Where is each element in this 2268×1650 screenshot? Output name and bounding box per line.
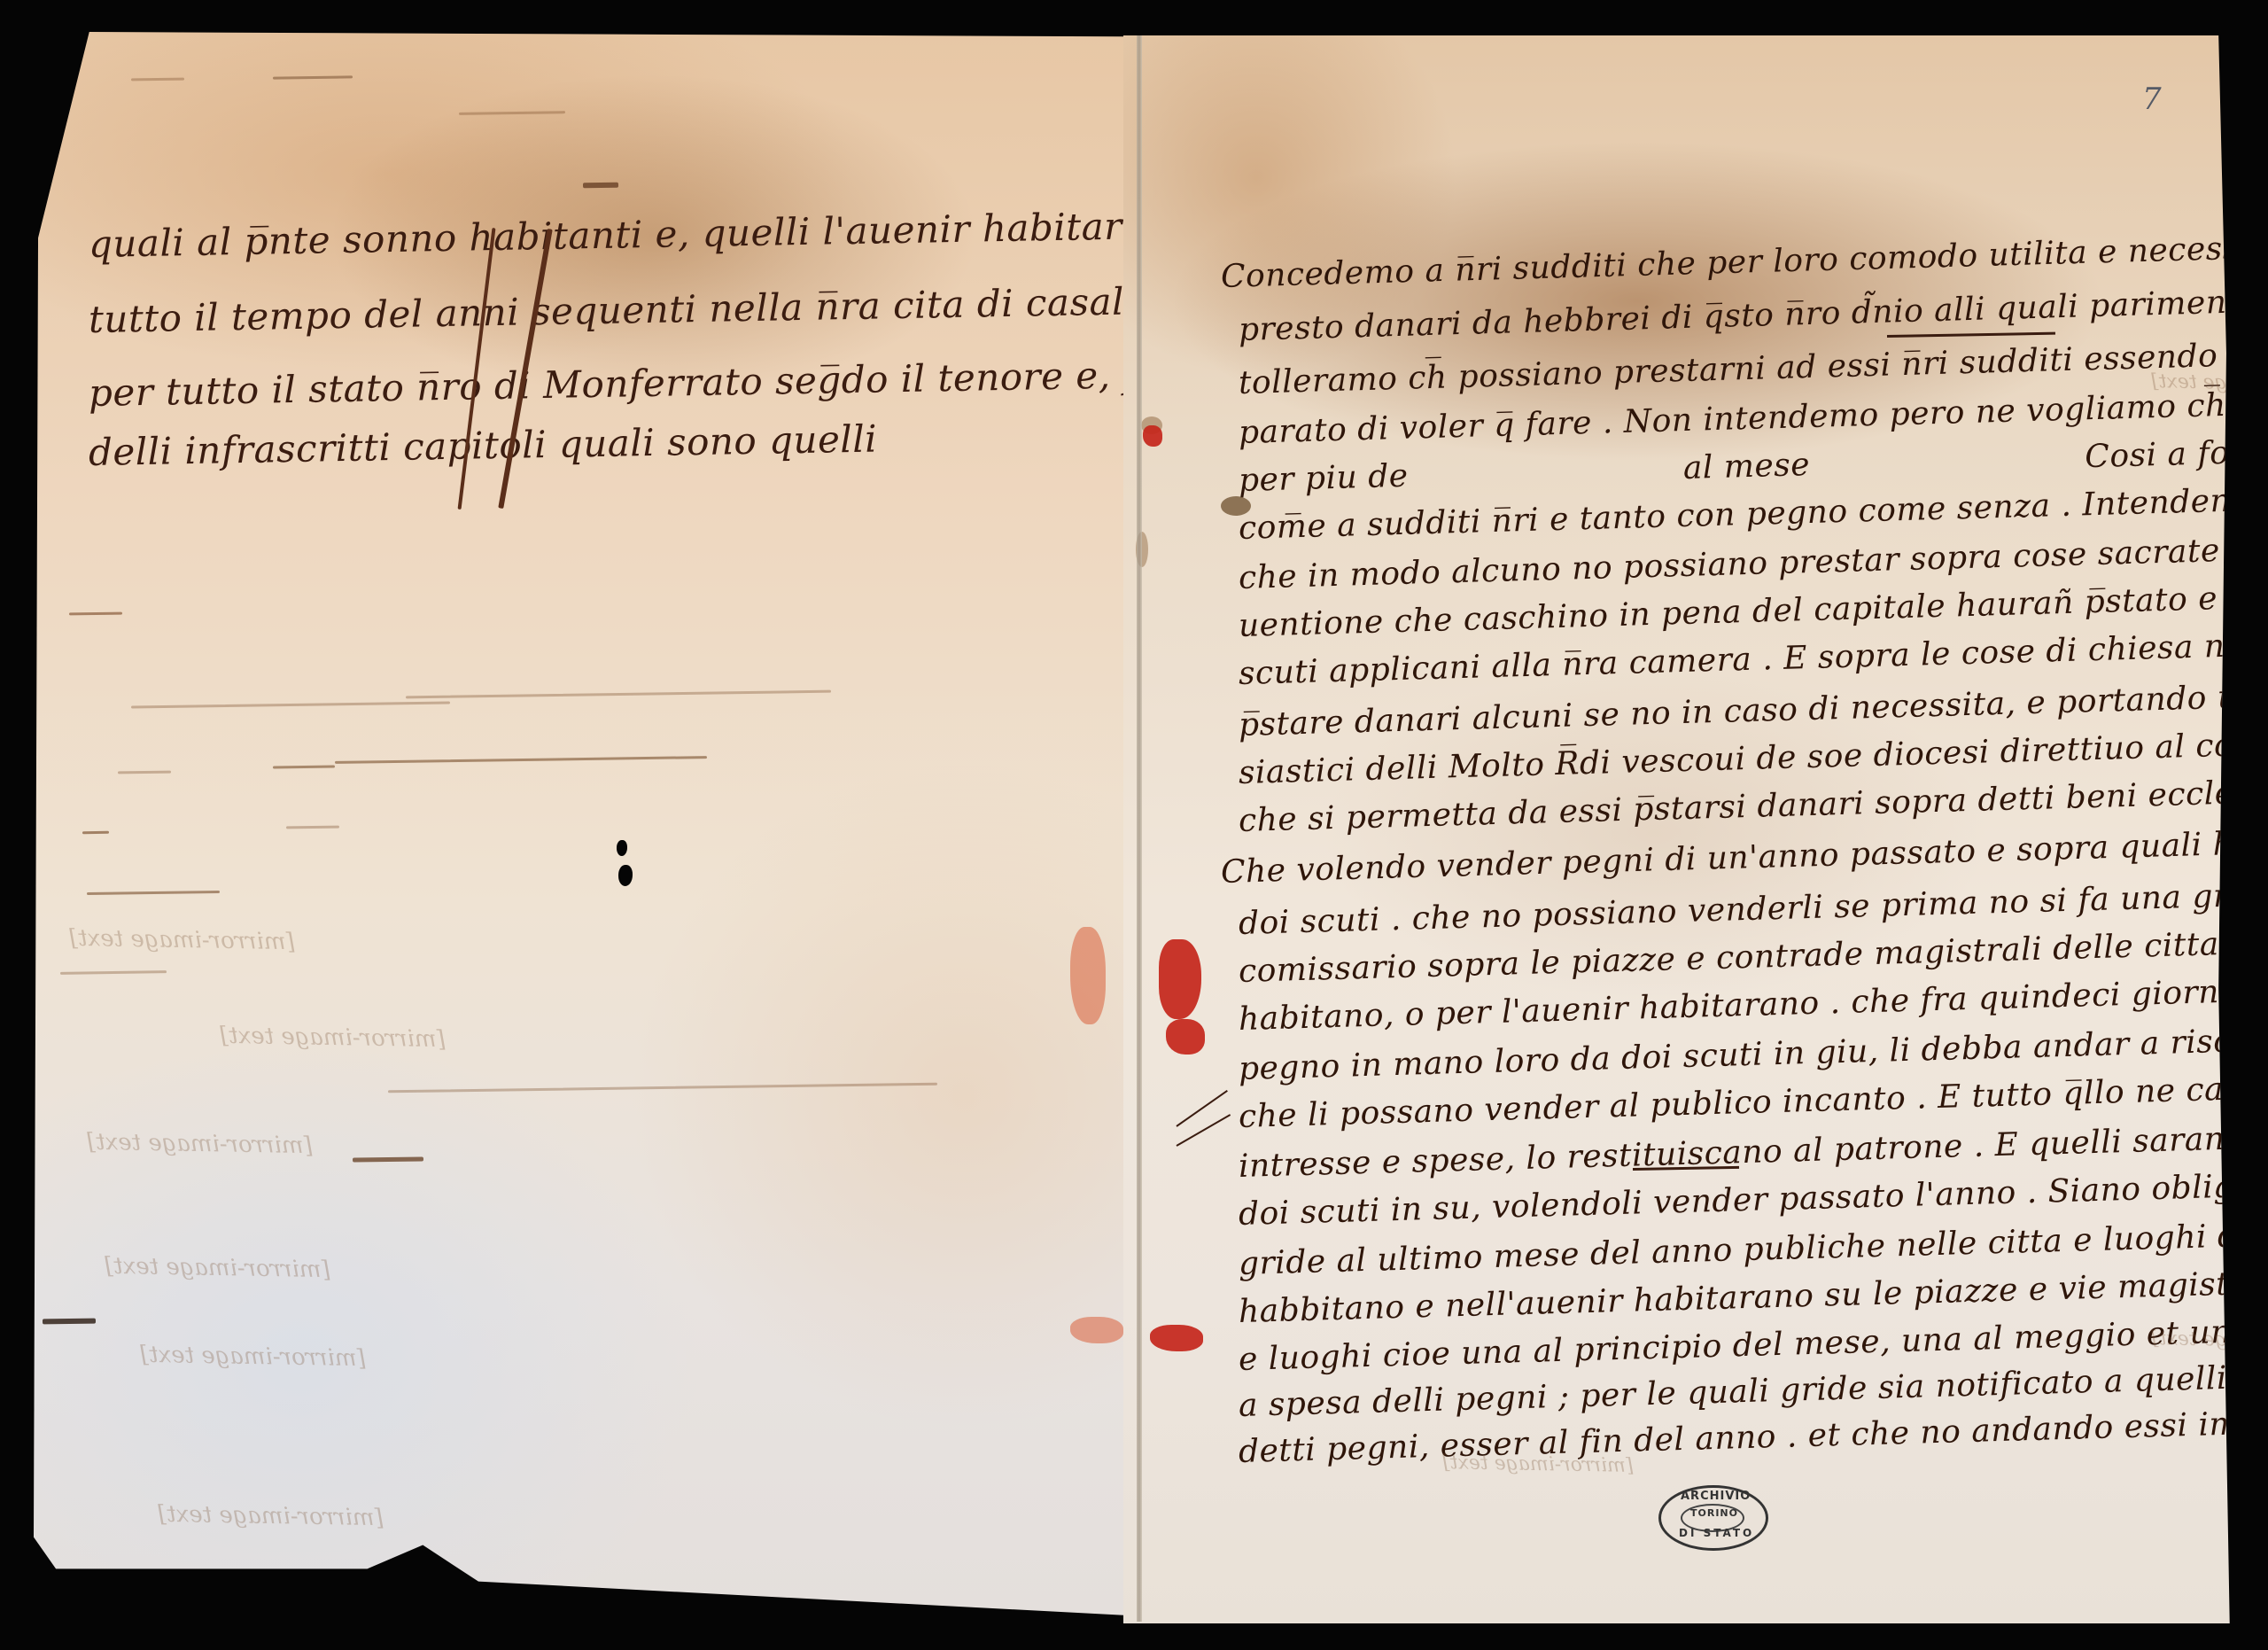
bleed-stroke bbox=[273, 766, 335, 769]
wax-seal-remnant bbox=[1159, 939, 1201, 1019]
bleed-stroke bbox=[82, 831, 109, 834]
left-manuscript-page: quali al p̅nte sonno habitanti e, quelli… bbox=[34, 32, 1146, 1616]
right-manuscript-page: Concedemo a n̅ri sudditi che per loro co… bbox=[1123, 35, 2235, 1623]
bleed-stroke bbox=[406, 690, 831, 699]
wax-seal-remnant bbox=[1166, 1019, 1205, 1055]
wax-seal-remnant bbox=[1143, 425, 1162, 447]
archive-stamp: ARCHIVIO TORINO DI STATO bbox=[1658, 1485, 1768, 1551]
bleed-stroke bbox=[60, 970, 167, 975]
bleed-through-text: [mirror-image text] bbox=[87, 1129, 313, 1159]
bleed-through-text: [mirror-image text] bbox=[2151, 1327, 2235, 1353]
bleed-stroke bbox=[335, 756, 707, 764]
stamp-text-middle: TORINO bbox=[1690, 1507, 1738, 1519]
stamp-text-bottom: DI STATO bbox=[1679, 1527, 1754, 1539]
bleed-through-text: [mirror-image text] bbox=[140, 1342, 366, 1372]
bleed-stroke bbox=[43, 1319, 96, 1325]
wax-seal-trace bbox=[1070, 1317, 1123, 1343]
bleed-stroke bbox=[118, 771, 171, 774]
manuscript-line: Concedemo a n̅ri sudditi che per loro co… bbox=[1220, 221, 2235, 295]
binding-gutter bbox=[1137, 35, 1142, 1622]
bleed-stroke bbox=[87, 891, 220, 895]
faded-heading-stroke bbox=[459, 111, 565, 115]
manuscript-line: quali al p̅nte sonno habitanti e, quelli… bbox=[89, 202, 1146, 266]
manuscript-line: delli infrascritti capitoli quali sono q… bbox=[89, 416, 878, 474]
worm-hole bbox=[618, 865, 633, 886]
faded-heading-stroke bbox=[131, 78, 184, 82]
wax-seal-remnant bbox=[1150, 1325, 1203, 1351]
faded-heading-stroke bbox=[273, 75, 353, 79]
bleed-stroke bbox=[69, 612, 122, 616]
bleed-stroke bbox=[131, 701, 450, 708]
stamp-text-top: ARCHIVIO bbox=[1681, 1490, 1751, 1503]
manuscript-line: tutto il tempo del anni sequenti nella n… bbox=[89, 278, 1146, 341]
bleed-through-text: [mirror-image text] bbox=[105, 1253, 330, 1283]
bleed-through-text: [mirror-image text] bbox=[158, 1501, 384, 1531]
bleed-through-text: [mirror-image text] bbox=[220, 1023, 446, 1053]
faded-heading-stroke bbox=[583, 183, 618, 189]
wax-seal-trace bbox=[1070, 927, 1106, 1024]
manuscript-line: per tutto il stato n̅ro di Monferrato se… bbox=[89, 351, 1146, 415]
ink-stain bbox=[1221, 496, 1251, 516]
bleed-stroke bbox=[286, 826, 339, 829]
folio-number: 7 bbox=[2142, 82, 2162, 117]
strikethrough-mark bbox=[1887, 332, 2055, 338]
bleed-through-text: [mirror-image text] bbox=[1442, 1452, 1634, 1477]
bleed-through-text: [mirror-image text] bbox=[69, 925, 295, 955]
bleed-stroke bbox=[388, 1083, 937, 1094]
worm-hole bbox=[617, 840, 627, 856]
bleed-stroke bbox=[353, 1156, 423, 1162]
bleed-through-text: [mirror-image text] bbox=[2151, 370, 2235, 396]
